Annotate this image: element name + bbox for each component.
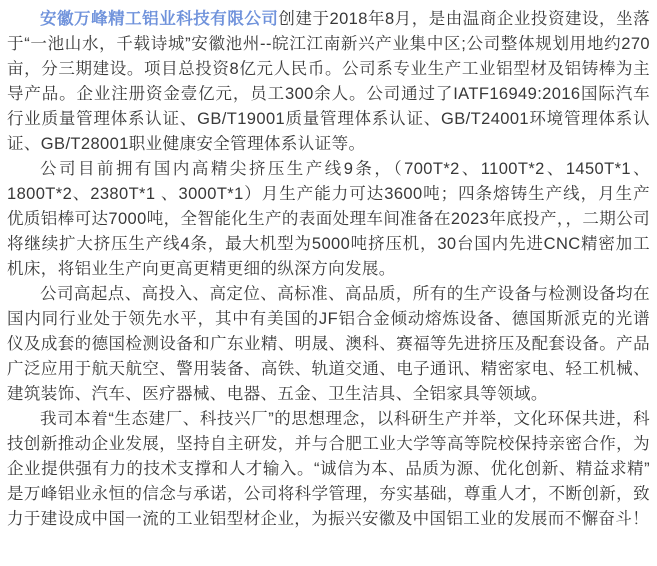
equipment-paragraph: 公司高起点、高投入、高定位、高标准、高品质，所有的生产设备与检测设备均在国内同行… bbox=[7, 282, 650, 407]
intro-paragraph-text: 创建于2018年8月，是由温商企业投资建设，坐落于“一池山水，千载诗城”安徽池州… bbox=[7, 10, 650, 153]
company-profile-document: 安徽万峰精工铝业科技有限公司创建于2018年8月，是由温商企业投资建设，坐落于“… bbox=[0, 0, 657, 566]
intro-paragraph: 安徽万峰精工铝业科技有限公司创建于2018年8月，是由温商企业投资建设，坐落于“… bbox=[7, 7, 650, 157]
philosophy-paragraph: 我司本着“生态建厂、科技兴厂”的思想理念，以科研生产并举，文化环保共进，科技创新… bbox=[7, 407, 650, 532]
company-name: 安徽万峰精工铝业科技有限公司 bbox=[40, 10, 278, 28]
capacity-paragraph: 公司目前拥有国内高精尖挤压生产线9条，（700T*2、1100T*2、1450T… bbox=[7, 157, 650, 282]
